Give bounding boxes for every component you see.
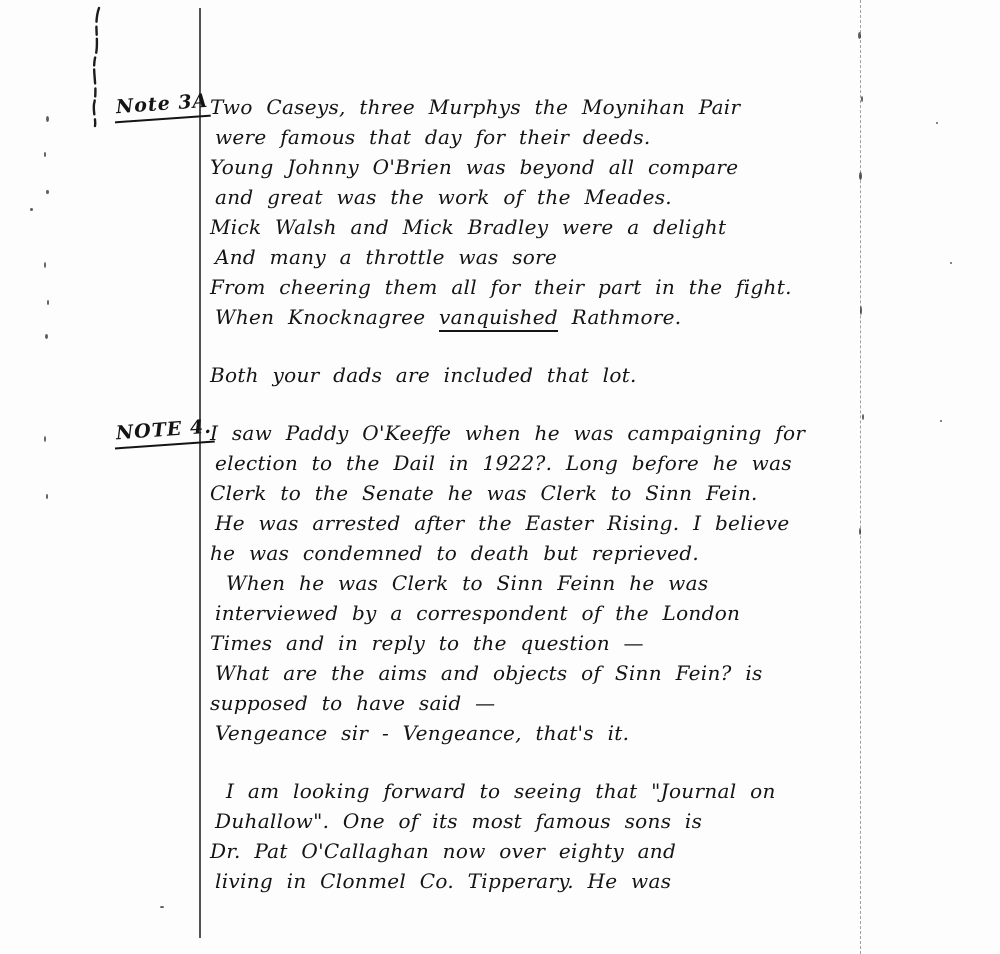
- handwritten-line: What are the aims and objects of Sinn Fe…: [215, 658, 870, 688]
- underlined-word: vanquished: [439, 305, 558, 332]
- handwritten-line: were famous that day for their deeds.: [215, 122, 870, 152]
- handwritten-line: he was condemned to death but reprieved.: [210, 538, 870, 568]
- note-paragraph: I am looking forward to seeing that "Jou…: [210, 776, 870, 896]
- handwritten-line: Clerk to the Senate he was Clerk to Sinn…: [210, 478, 870, 508]
- note-section: NOTE 4.I saw Paddy O'Keeffe when he was …: [210, 418, 870, 896]
- handwritten-line: Vengeance sir - Vengeance, that's it.: [215, 718, 870, 748]
- handwritten-line: When Knocknagree vanquished Rathmore.: [215, 302, 870, 332]
- scan-speck: [858, 32, 861, 39]
- handwritten-line: living in Clonmel Co. Tipperary. He was: [215, 866, 870, 896]
- handwritten-line: Duhallow". One of its most famous sons i…: [215, 806, 870, 836]
- scan-speck: [44, 436, 46, 442]
- margin-rule-line: [199, 8, 201, 938]
- scan-speck: [940, 420, 942, 422]
- scan-speck: [160, 906, 164, 908]
- scan-speck: [46, 494, 48, 499]
- note-paragraph: Two Caseys, three Murphys the Moynihan P…: [210, 92, 870, 332]
- scan-speck: [46, 116, 49, 122]
- handwritten-text-column: Note 3ATwo Caseys, three Murphys the Moy…: [210, 92, 870, 896]
- handwritten-line: election to the Dail in 1922?. Long befo…: [215, 448, 870, 478]
- note-paragraph: I saw Paddy O'Keeffe when he was campaig…: [210, 418, 870, 568]
- handwritten-line: He was arrested after the Easter Rising.…: [215, 508, 870, 538]
- note-section: Note 3ATwo Caseys, three Murphys the Moy…: [210, 92, 870, 390]
- scan-speck: [45, 334, 48, 339]
- handwritten-line: From cheering them all for their part in…: [210, 272, 870, 302]
- scanned-document-page: Note 3ATwo Caseys, three Murphys the Moy…: [0, 0, 1000, 954]
- handwritten-line: Young Johnny O'Brien was beyond all comp…: [210, 152, 870, 182]
- scan-speck: [47, 300, 49, 305]
- scan-speck: [30, 208, 33, 211]
- handwritten-line: Mick Walsh and Mick Bradley were a delig…: [210, 212, 870, 242]
- handwritten-line: Times and in reply to the question —: [210, 628, 870, 658]
- crease-mark: [0, 0, 120, 130]
- scan-speck: [44, 152, 46, 157]
- scan-speck: [950, 262, 952, 264]
- handwritten-line: Both your dads are included that lot.: [210, 360, 870, 390]
- handwritten-line: I am looking forward to seeing that "Jou…: [210, 776, 870, 806]
- handwritten-line: And many a throttle was sore: [215, 242, 870, 272]
- scan-speck: [46, 190, 49, 194]
- scan-speck: [44, 262, 46, 268]
- note-paragraph: When he was Clerk to Sinn Feinn he wasin…: [210, 568, 870, 748]
- handwritten-line: and great was the work of the Meades.: [215, 182, 870, 212]
- handwritten-line: I saw Paddy O'Keeffe when he was campaig…: [210, 418, 870, 448]
- handwritten-line: supposed to have said —: [210, 688, 870, 718]
- handwritten-line: Two Caseys, three Murphys the Moynihan P…: [210, 92, 870, 122]
- handwritten-line: Dr. Pat O'Callaghan now over eighty and: [210, 836, 870, 866]
- handwritten-line: interviewed by a correspondent of the Lo…: [215, 598, 870, 628]
- note-label: Note 3A: [113, 90, 211, 124]
- note-paragraph: Both your dads are included that lot.: [210, 360, 870, 390]
- handwritten-line: When he was Clerk to Sinn Feinn he was: [210, 568, 870, 598]
- scan-speck: [936, 122, 938, 124]
